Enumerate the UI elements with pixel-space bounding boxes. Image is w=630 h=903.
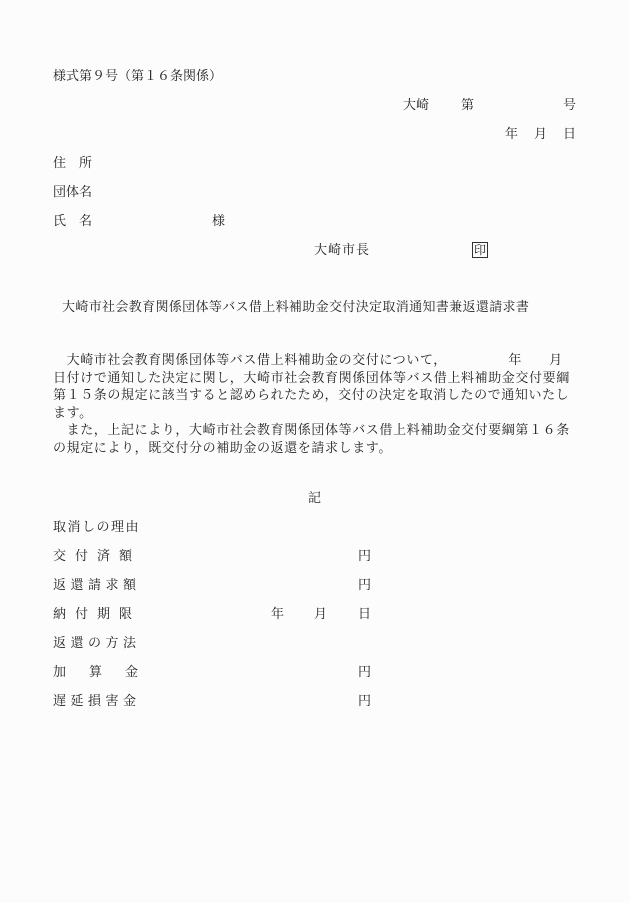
item-label-late-fee: 遅延損害金 [53,695,141,708]
form-number: 様式第９号（第１６条関係） [53,70,222,83]
item-label-paid-amount: 交付済額 [53,550,141,563]
issuer-title: 大崎市長 [314,244,370,257]
body-paragraph-2: また，上記により，大崎市社会教育関係団体等バス借上料補助金交付要綱第１６条の規定… [53,422,577,457]
item-label-return-method: 返還の方法 [53,637,141,650]
date-day: 日 [563,128,576,141]
item-unit-return-amount: 円 [358,579,371,592]
deadline-year: 年 [271,608,284,621]
group-name-label: 団体名 [53,186,92,199]
deadline-month: 月 [314,608,327,621]
name-label: 氏 名 [53,215,92,228]
ki-heading: 記 [308,492,321,505]
document-title: 大崎市社会教育関係団体等バス借上料補助金交付決定取消通知書兼返還請求書 [62,301,529,314]
seal-box: 印 [472,242,488,258]
date-month: 月 [534,128,547,141]
item-label-return-amount: 返還請求額 [53,579,141,592]
item-label-payment-deadline: 納付期限 [53,608,141,621]
item-unit-additional-charge: 円 [358,666,371,679]
doc-ref-prefix: 大崎 [403,99,429,112]
doc-ref-go: 号 [563,99,576,112]
address-label: 住 所 [53,157,92,170]
date-year: 年 [505,128,518,141]
item-label-reason: 取消しの理由 [53,521,140,534]
item-unit-paid-amount: 円 [358,550,371,563]
doc-ref-dai: 第 [461,99,474,112]
item-label-additional-charge: 加算金 [53,666,161,679]
body-paragraph-1: 大崎市社会教育関係団体等バス借上料補助金の交付について， 年 月 日付けで通知し… [53,352,577,422]
honorific-sama: 様 [212,215,225,228]
deadline-day: 日 [358,608,371,621]
item-unit-late-fee: 円 [358,695,371,708]
